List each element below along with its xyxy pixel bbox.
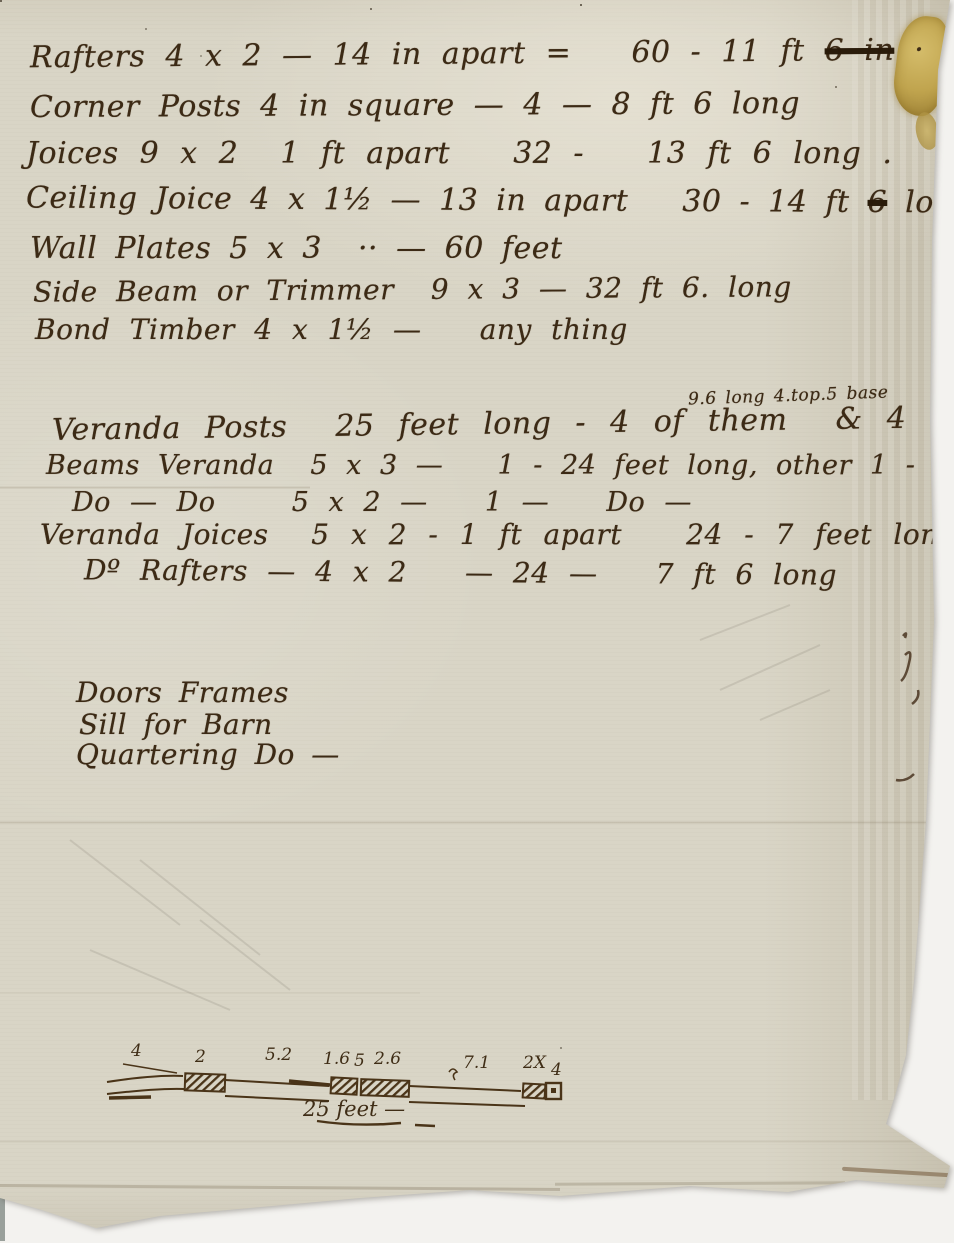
dimension-label: 1.6 [323, 1049, 350, 1069]
beam-caption: 25 feet — [302, 1097, 405, 1121]
dimension-label: 5 [354, 1051, 365, 1071]
dimension-label: 7.1 [463, 1053, 490, 1073]
caption-underline [317, 1121, 435, 1126]
beam-sketch: 4 2 5.2 1.6 5 2.6 7.1 2X 4 25 feet — [93, 1038, 605, 1130]
paper-wrapper: Rafters 4 x 2 — 14 in apart = 60 - 11 ft… [0, 0, 954, 1243]
dimension-label: 2 [194, 1047, 206, 1067]
dimension-label: 4 [550, 1060, 562, 1080]
paper-sheet: Rafters 4 x 2 — 14 in apart = 60 - 11 ft… [0, 0, 954, 1243]
dimension-label: 2X [522, 1053, 547, 1073]
dimension-label: 4 [130, 1041, 142, 1061]
dimension-label: 2.6 [373, 1049, 401, 1069]
beam-hatched-sections [185, 1073, 561, 1099]
dimension-label: 5.2 [265, 1045, 292, 1065]
ink-marks [896, 633, 918, 780]
